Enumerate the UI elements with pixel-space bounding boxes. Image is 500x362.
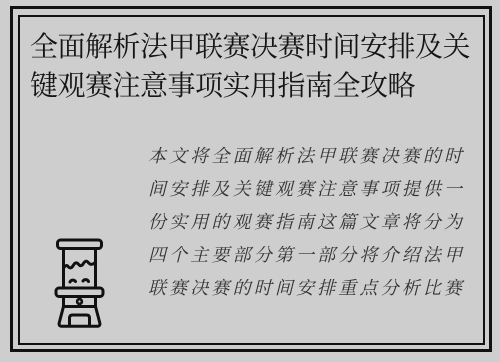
- page-title-line-1: 全面解析法甲联赛决赛时间安排及关: [30, 27, 478, 66]
- article-line-3: 份实用的观赛指南这篇文章将分为: [148, 206, 462, 239]
- popcorn-machine-icon: [50, 238, 110, 330]
- article-line-5: 联赛决赛的时间安排重点分析比赛: [148, 272, 462, 305]
- article-line-2: 间安排及关键观赛注意事项提供一: [148, 173, 462, 206]
- article-line-1: 本文将全面解析法甲联赛决赛的时: [148, 140, 462, 173]
- article-line-4: 四个主要部分第一部分将介绍法甲: [148, 239, 462, 272]
- page-title: 全面解析法甲联赛决赛时间安排及关 键观赛注意事项实用指南全攻略: [30, 27, 478, 105]
- page-title-line-2: 键观赛注意事项实用指南全攻略: [30, 66, 478, 105]
- article-text: 本文将全面解析法甲联赛决赛的时 间安排及关键观赛注意事项提供一 份实用的观赛指南…: [148, 140, 462, 305]
- article-page: 全面解析法甲联赛决赛时间安排及关 键观赛注意事项实用指南全攻略: [0, 0, 500, 362]
